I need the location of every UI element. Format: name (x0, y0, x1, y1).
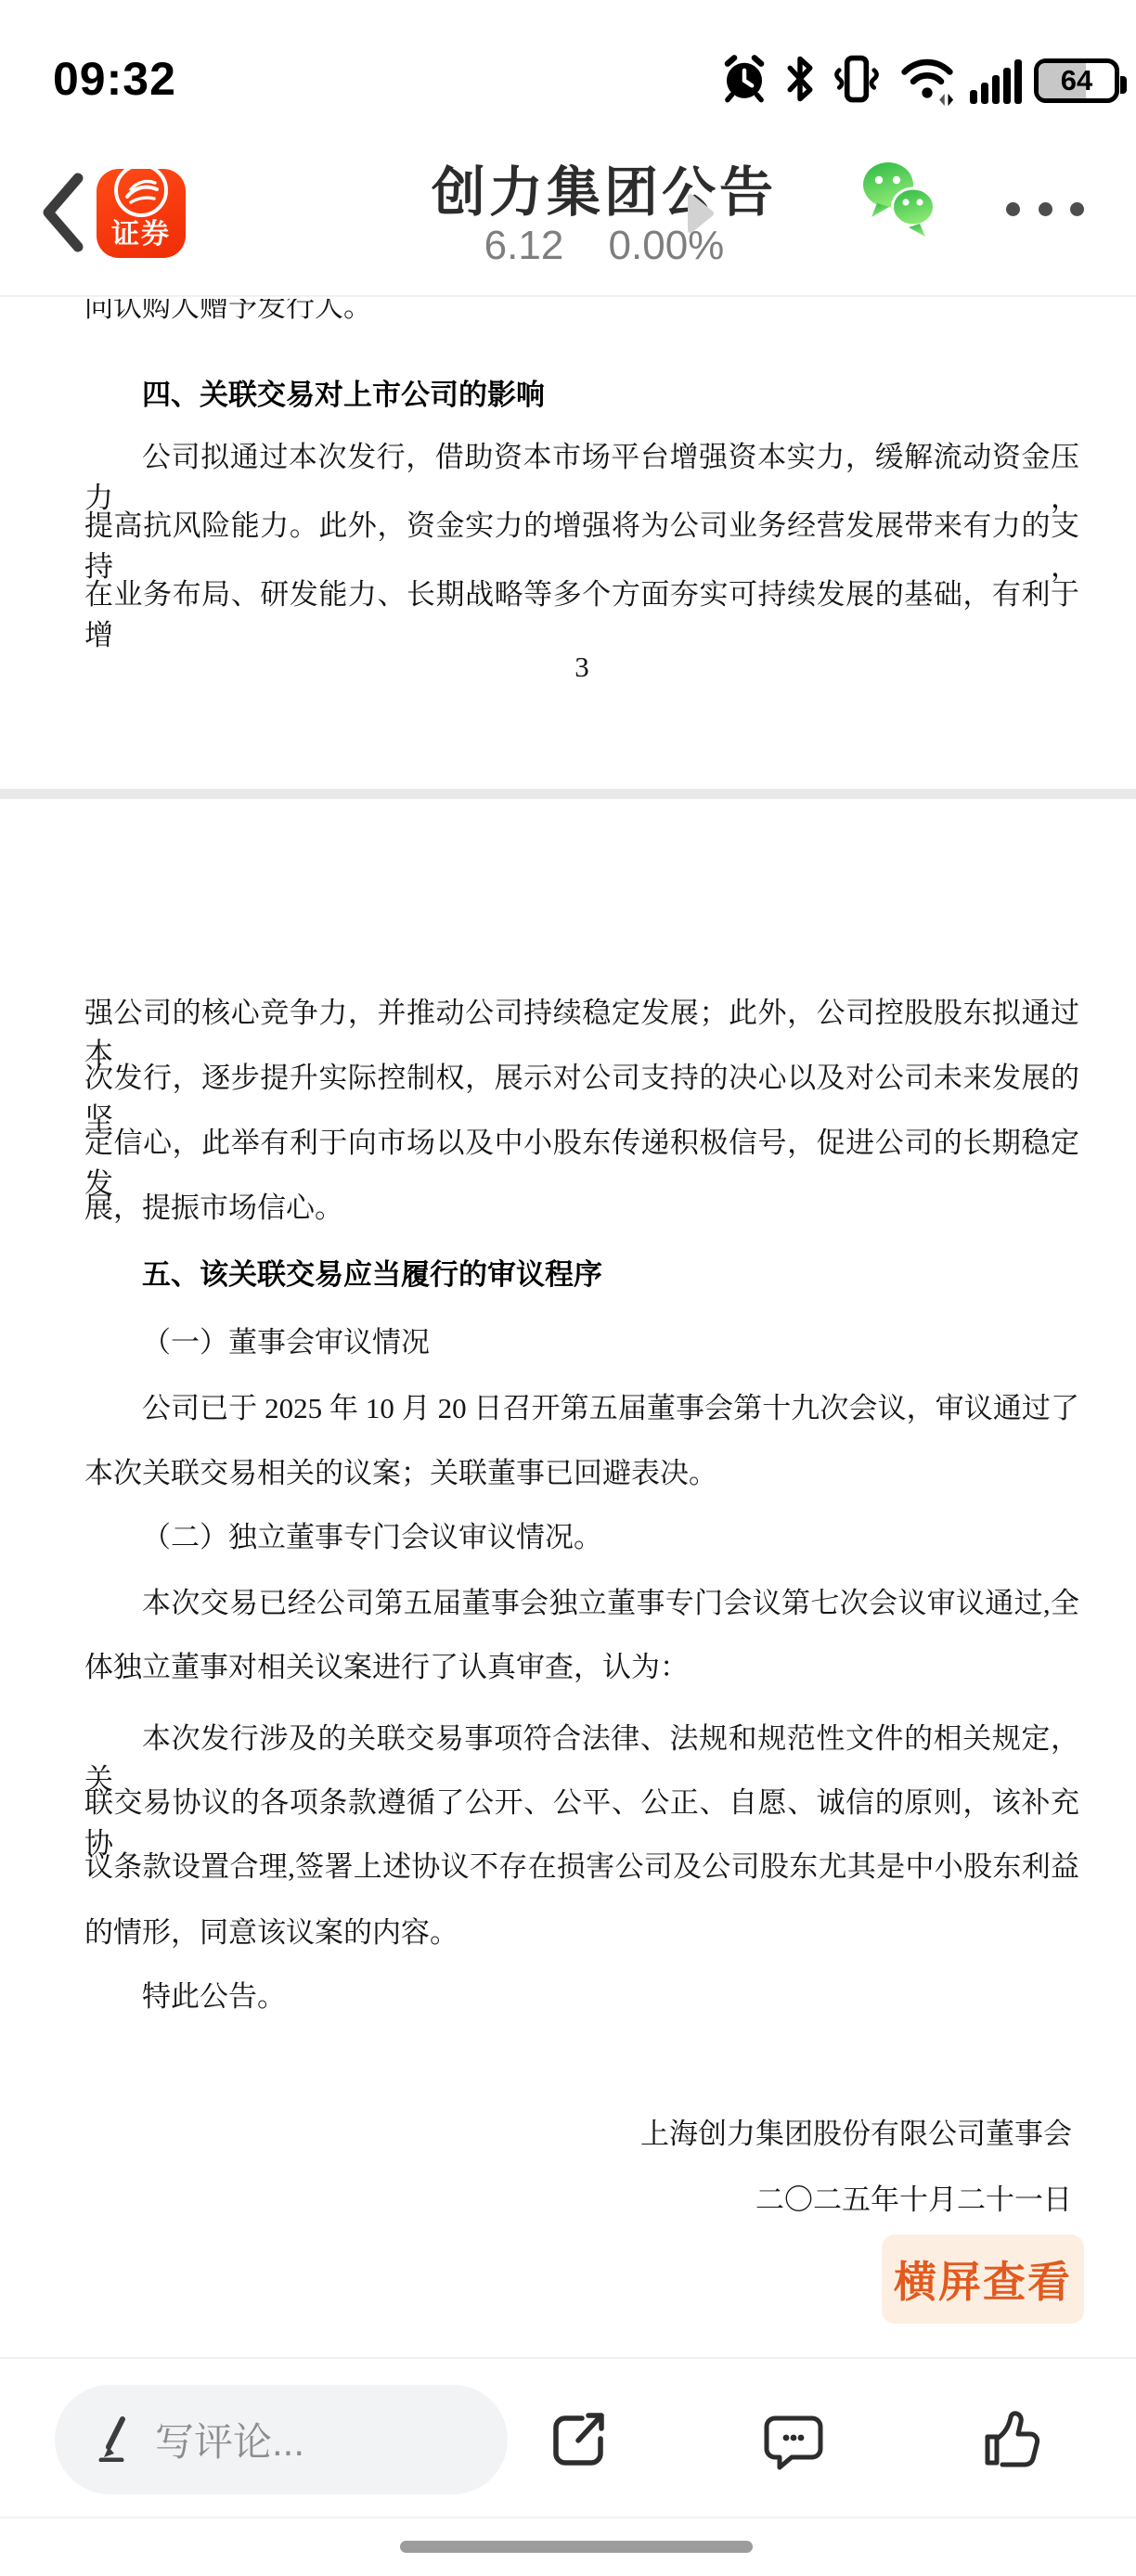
phone-screen: 09:32 (0, 0, 1136, 2576)
document-line-heading: 四、关联交易对上市公司的影响 (84, 375, 1079, 416)
like-icon[interactable] (975, 2405, 1045, 2480)
document-line-paragraph-line: 在业务布局、研发能力、长期战略等多个方面夯实可持续发展的基础，有利于增 (84, 574, 1079, 656)
document-line-paragraph-line: 本次关联交易相关的议案；关联董事已回避表决。 (84, 1453, 1079, 1494)
wechat-share-button[interactable] (854, 154, 939, 244)
document-line-signature: 上海创力集团股份有限公司董事会 (84, 2114, 1079, 2155)
battery-icon: 64 (1034, 58, 1119, 103)
comments-icon[interactable] (758, 2405, 829, 2480)
page-separator (0, 789, 1136, 799)
battery-percent: 64 (1039, 63, 1115, 98)
bottom-toolbar: 写评论... (0, 2357, 1136, 2518)
share-icon[interactable] (543, 2405, 613, 2480)
play-audio-button[interactable] (687, 193, 715, 238)
document-line-paragraph-line: 特此公告。 (84, 1977, 1079, 2017)
stock-price: 6.12 (484, 223, 564, 268)
alarm-icon (717, 51, 771, 111)
status-icons: 64 (717, 52, 1119, 109)
wifi-icon (897, 51, 958, 111)
document-line-paragraph-line: 本次交易已经公司第五届董事会独立董事专门会议第七次会议审议通过,全 (84, 1583, 1079, 1624)
landscape-view-button[interactable]: 横屏查看 (882, 2235, 1084, 2324)
document-line-heading: 五、该关联交易应当履行的审议程序 (84, 1255, 1079, 1295)
pencil-icon (94, 2414, 135, 2467)
document-line-paragraph-line: 体独立董事对相关议案进行了认真审查，认为： (84, 1647, 1079, 1688)
document-line-paragraph-line: 公司已于 2025 年 10 月 20 日召开第五届董事会第十九次会议，审议通过… (84, 1388, 1079, 1429)
stock-quote: 6.12 0.00% (395, 223, 813, 269)
comment-placeholder: 写评论... (155, 2412, 304, 2467)
bluetooth-icon (783, 51, 817, 111)
document-line-page-number: 3 (84, 647, 1079, 688)
document-line-paragraph-line: （二）独立董事专门会议审议情况。 (84, 1517, 1079, 1558)
page-title: 创力集团公告 (395, 148, 813, 226)
app-icon-label: 证券 (97, 211, 186, 251)
comment-input[interactable]: 写评论... (55, 2385, 508, 2494)
home-indicator[interactable] (400, 2541, 753, 2553)
securities-app-icon[interactable]: 证券 (97, 169, 186, 258)
document-line-paragraph-line: 展，提振市场信心。 (84, 1188, 1079, 1229)
document-line-paragraph-line: 的情形，同意该议案的内容。 (84, 1913, 1079, 1953)
document-line-clipped-line: 向认购人赠予发行人。 (84, 299, 1079, 338)
document-line-paragraph-line: （一）董事会审议情况 (84, 1322, 1079, 1363)
signal-icon (970, 58, 1022, 104)
back-button[interactable] (37, 171, 85, 259)
vibrate-icon (829, 51, 884, 111)
document-line-paragraph-line: 议条款设置合理,签署上述协议不存在损害公司及公司股东尤其是中小股东利益 (84, 1847, 1079, 1887)
battery-nub (1120, 76, 1127, 94)
status-time: 09:32 (53, 52, 176, 106)
nav-header: 证券 创力集团公告 6.12 0.00% (0, 128, 1136, 297)
document-line-signature: 二〇二五年十月二十一日 (84, 2180, 1079, 2221)
more-menu-button[interactable] (1006, 202, 1084, 216)
